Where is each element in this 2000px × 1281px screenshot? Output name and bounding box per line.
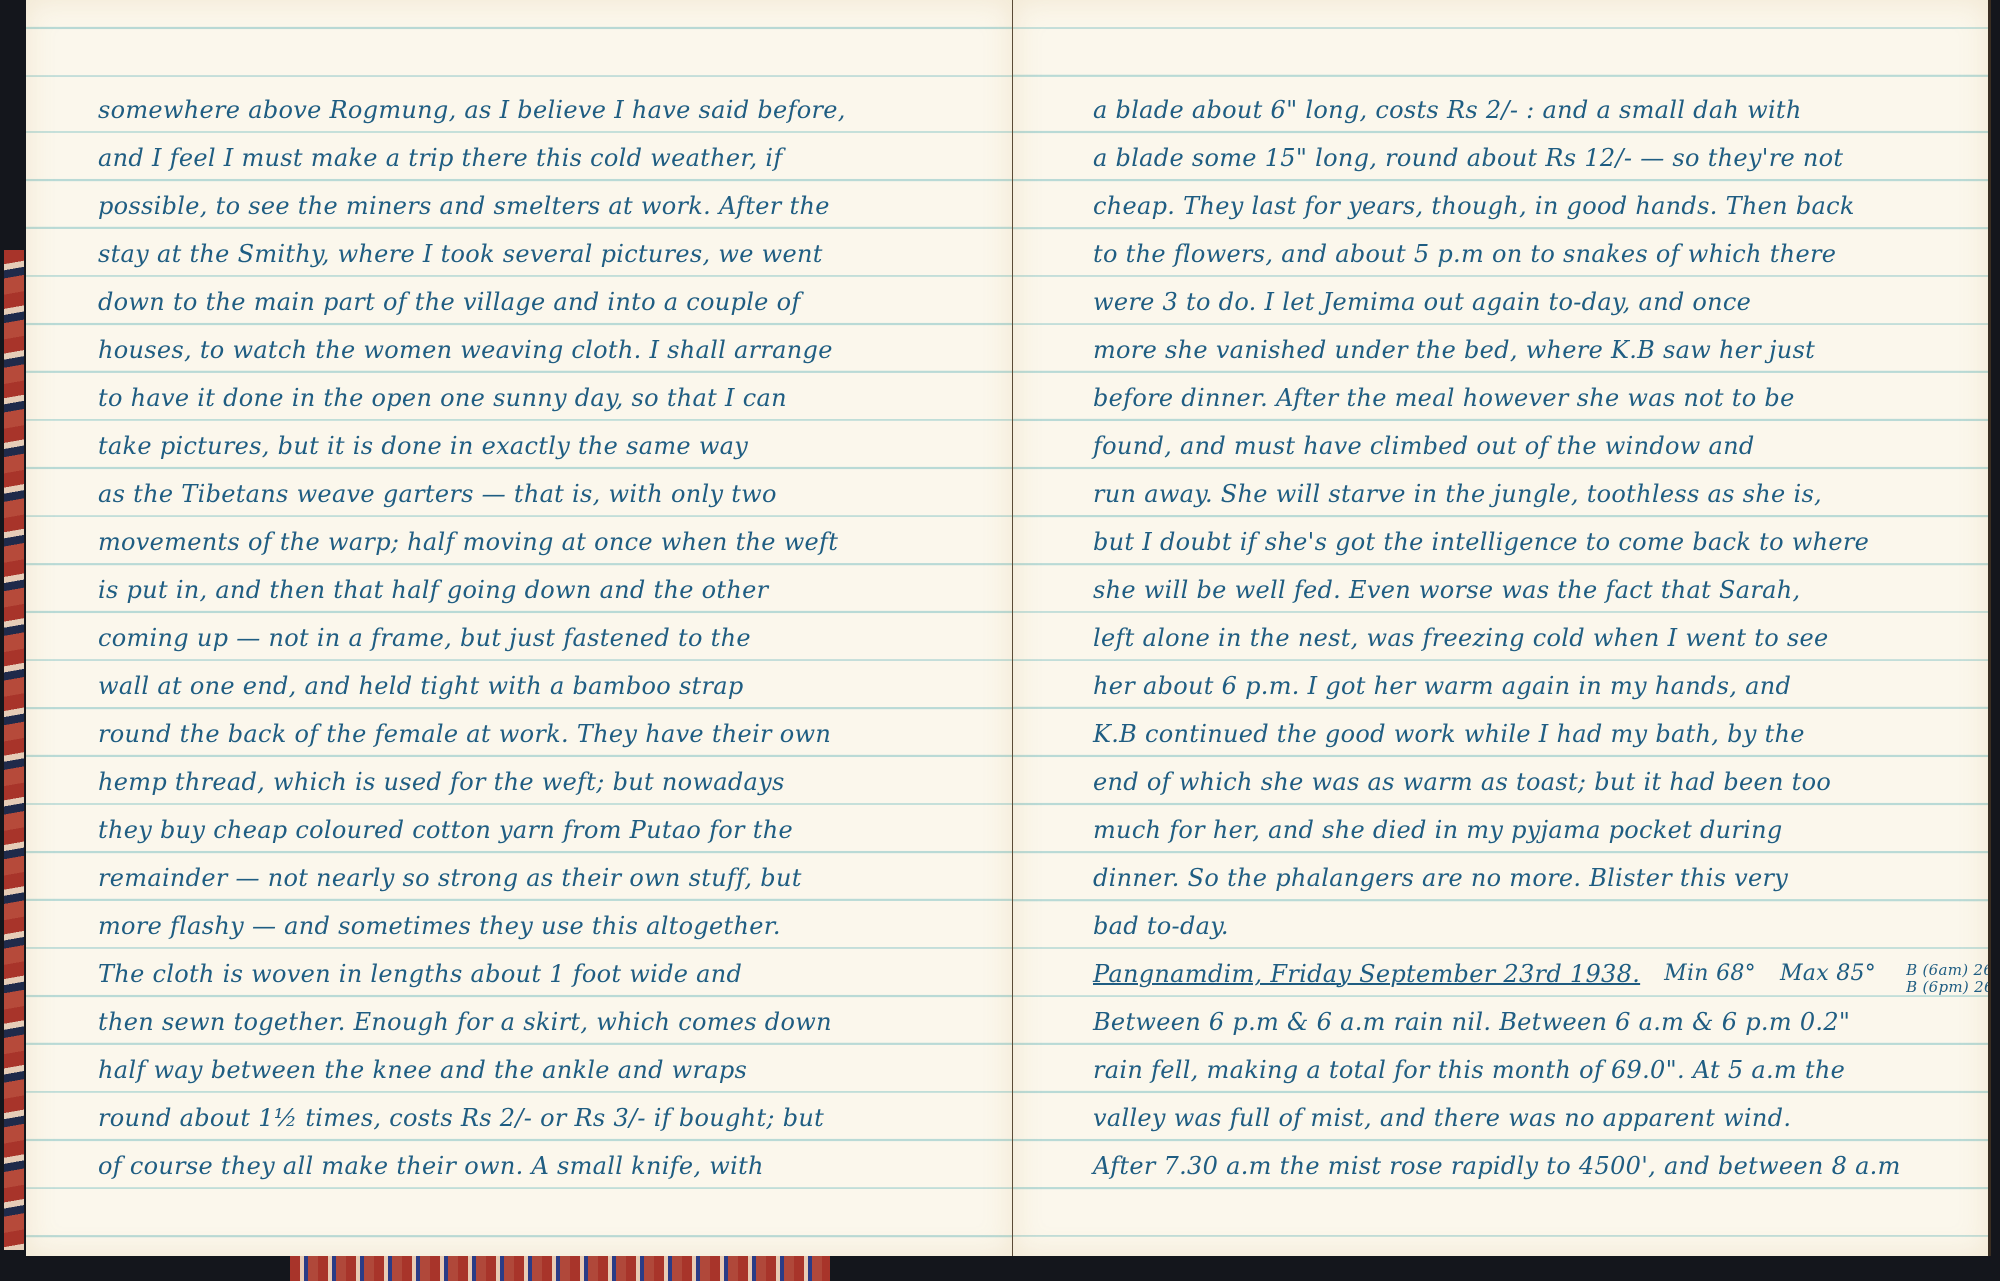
text-line: coming up — not in a frame, but just fas… [26, 614, 1012, 662]
text-line: of course they all make their own. A sma… [26, 1142, 1012, 1190]
text-line: houses, to watch the women weaving cloth… [26, 326, 1012, 374]
text-line: a blade about 6" long, costs Rs 2/- : an… [1013, 86, 1988, 134]
text-line: bad to-day. [1013, 902, 1988, 950]
max-temperature: Max 85° [1780, 950, 1876, 998]
text-line: then sewn together. Enough for a skirt, … [26, 998, 1012, 1046]
text-line: round about 1½ times, costs Rs 2/- or Rs… [26, 1094, 1012, 1142]
text-line: The cloth is woven in lengths about 1 fo… [26, 950, 1012, 998]
entry-heading: Pangnamdim, Friday September 23rd 1938. … [1013, 950, 1988, 998]
text-line: somewhere above Rogmung, as I believe I … [26, 86, 1012, 134]
text-line: as the Tibetans weave garters — that is,… [26, 470, 1012, 518]
text-line: is put in, and then that half going down… [26, 566, 1012, 614]
min-temperature: Min 68° [1664, 950, 1756, 998]
text-line: were 3 to do. I let Jemima out again to-… [1013, 278, 1988, 326]
text-line: much for her, and she died in my pyjama … [1013, 806, 1988, 854]
text-line: run away. She will starve in the jungle,… [1013, 470, 1988, 518]
text-line: they buy cheap coloured cotton yarn from… [26, 806, 1012, 854]
text-line: a blade some 15" long, round about Rs 12… [1013, 134, 1988, 182]
barometer-am: B (6am) 26.61 [1906, 962, 1988, 979]
entry-place-date: Pangnamdim, Friday September 23rd 1938. [1093, 950, 1640, 998]
text-line: possible, to see the miners and smelters… [26, 182, 1012, 230]
marbled-endpaper-bottom [290, 1255, 830, 1281]
text-line: valley was full of mist, and there was n… [1013, 1094, 1988, 1142]
text-line: stay at the Smithy, where I took several… [26, 230, 1012, 278]
text-line: but I doubt if she's got the intelligenc… [1013, 518, 1988, 566]
text-line: found, and must have climbed out of the … [1013, 422, 1988, 470]
text-line: round the back of the female at work. Th… [26, 710, 1012, 758]
text-line: left alone in the nest, was freezing col… [1013, 614, 1988, 662]
text-line: she will be well fed. Even worse was the… [1013, 566, 1988, 614]
text-line: movements of the warp; half moving at on… [26, 518, 1012, 566]
left-page: somewhere above Rogmung, as I believe I … [26, 0, 1014, 1256]
right-page: a blade about 6" long, costs Rs 2/- : an… [1013, 0, 1991, 1256]
text-line: before dinner. After the meal however sh… [1013, 374, 1988, 422]
text-line: to have it done in the open one sunny da… [26, 374, 1012, 422]
left-page-text: somewhere above Rogmung, as I believe I … [26, 86, 1012, 1190]
text-line: After 7.30 a.m the mist rose rapidly to … [1013, 1142, 1988, 1190]
text-line: more she vanished under the bed, where K… [1013, 326, 1988, 374]
text-line: dinner. So the phalangers are no more. B… [1013, 854, 1988, 902]
text-line: wall at one end, and held tight with a b… [26, 662, 1012, 710]
text-line: half way between the knee and the ankle … [26, 1046, 1012, 1094]
text-line: take pictures, but it is done in exactly… [26, 422, 1012, 470]
text-line: remainder — not nearly so strong as thei… [26, 854, 1012, 902]
text-line: hemp thread, which is used for the weft;… [26, 758, 1012, 806]
text-line: rain fell, making a total for this month… [1013, 1046, 1988, 1094]
text-line: cheap. They last for years, though, in g… [1013, 182, 1988, 230]
barometer-readings: B (6am) 26.61 B (6pm) 26.60 [1906, 962, 1988, 996]
right-page-text: a blade about 6" long, costs Rs 2/- : an… [1013, 86, 1988, 1190]
text-line: more flashy — and sometimes they use thi… [26, 902, 1012, 950]
text-line: and I feel I must make a trip there this… [26, 134, 1012, 182]
text-line: Between 6 p.m & 6 a.m rain nil. Between … [1013, 998, 1988, 1046]
text-line: K.B continued the good work while I had … [1013, 710, 1988, 758]
text-line: to the flowers, and about 5 p.m on to sn… [1013, 230, 1988, 278]
text-line: end of which she was as warm as toast; b… [1013, 758, 1988, 806]
text-line: her about 6 p.m. I got her warm again in… [1013, 662, 1988, 710]
text-line: down to the main part of the village and… [26, 278, 1012, 326]
marbled-endpaper-left [4, 250, 24, 1250]
barometer-pm: B (6pm) 26.60 [1906, 979, 1988, 996]
